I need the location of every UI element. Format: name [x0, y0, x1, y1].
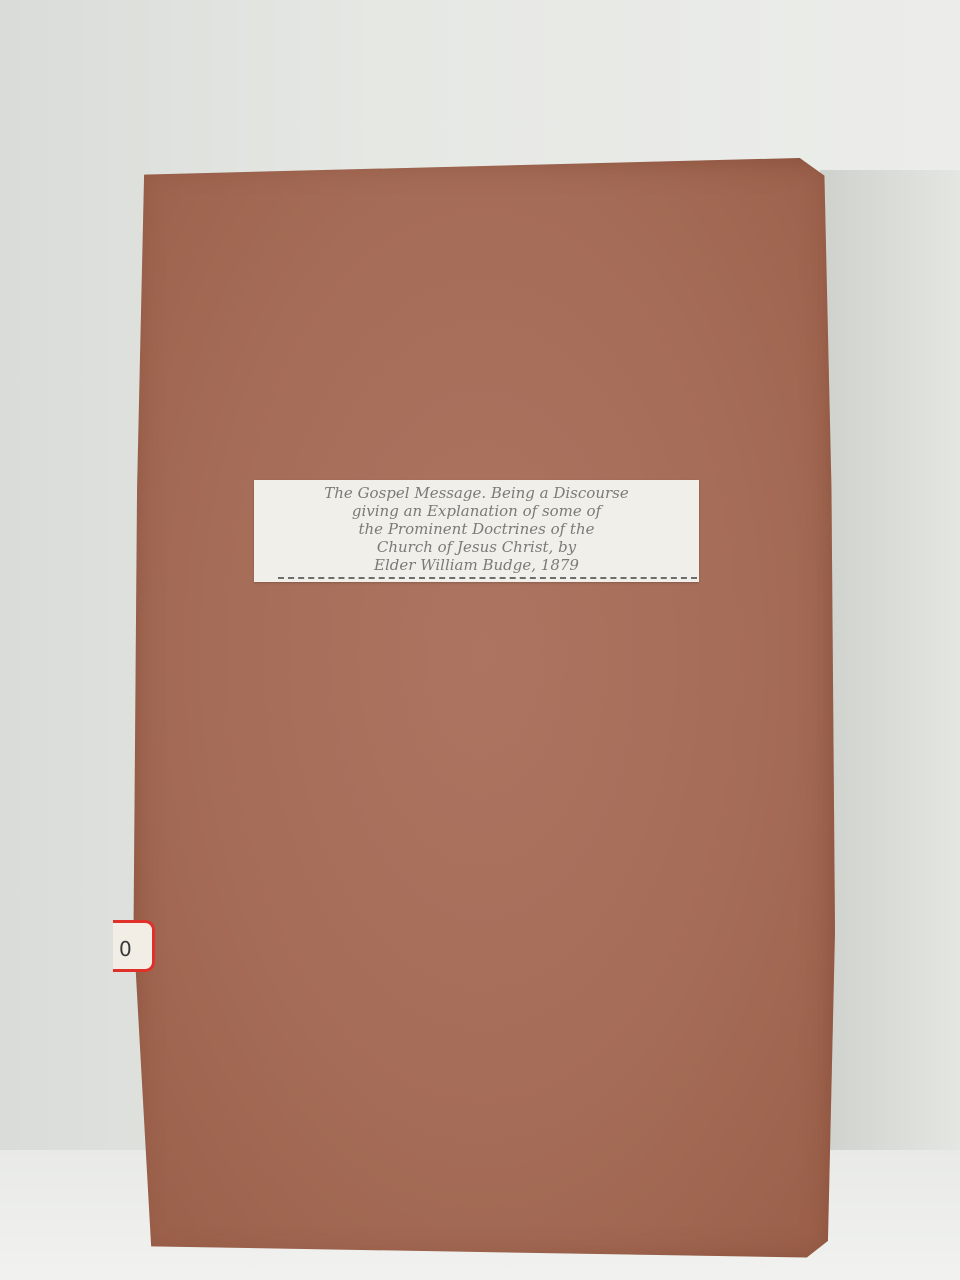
label-dashed-rule	[278, 577, 697, 579]
label-line-5: Elder William Budge, 1879	[254, 556, 699, 574]
label-line-1: The Gospel Message. Being a Discourse	[254, 484, 699, 502]
label-line-3: the Prominent Doctrines of the	[254, 520, 699, 538]
book-cover-edge-shading	[130, 158, 835, 1263]
title-label: The Gospel Message. Being a Discourse gi…	[254, 480, 699, 582]
label-line-2: giving an Explanation of some of	[254, 502, 699, 520]
catalog-sticker: 0	[113, 920, 155, 972]
wall-background	[820, 170, 960, 1280]
label-line-4: Church of Jesus Christ, by	[254, 538, 699, 556]
